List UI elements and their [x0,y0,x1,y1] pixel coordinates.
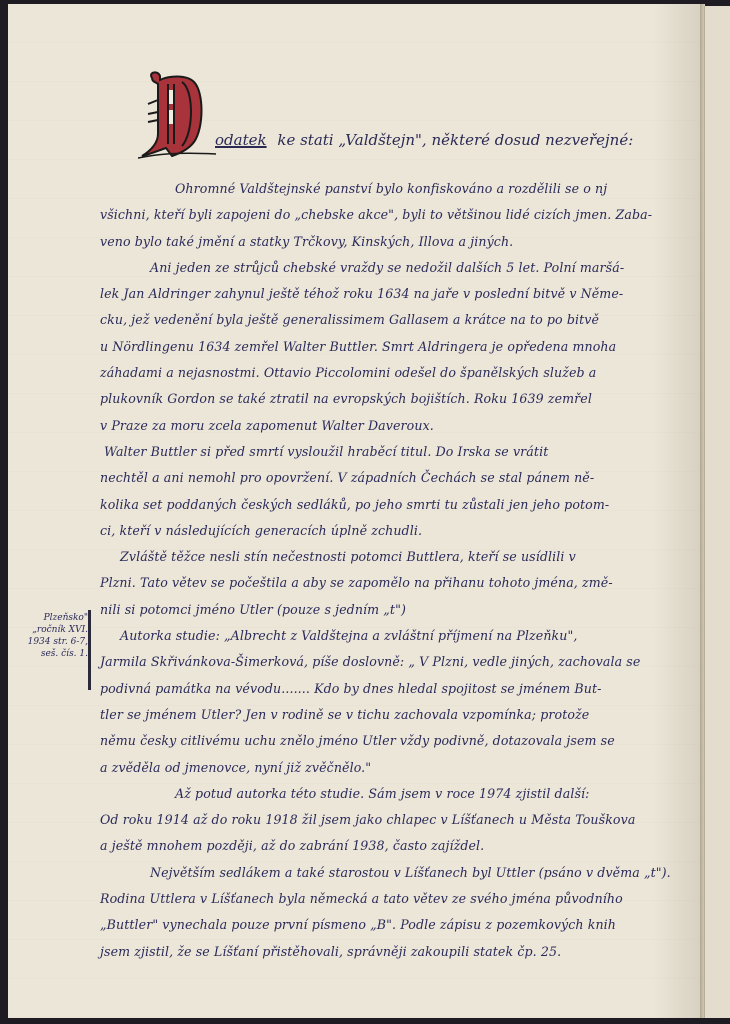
text-line: jsem zjistil, že se Líšťaní přistěhovali… [100,939,650,965]
text-line: v Praze za moru zcela zapomenut Walter D… [100,413,650,439]
next-page-edge [704,6,730,1018]
document-title: odatek ke stati „Valdštejn", některé dos… [215,131,635,149]
text-line: a ještě mnohem později, až do zabrání 19… [100,833,650,859]
margin-note-line: 1934 str. 6-7, [26,636,88,648]
text-line: záhadami a nejasnostmi. Ottavio Piccolom… [100,360,650,386]
text-line: Od roku 1914 až do roku 1918 žil jsem ja… [100,807,650,833]
margin-note-line: seš. čís. 1. [26,648,88,660]
text-line: nili si potomci jméno Utler (pouze s jed… [100,597,650,623]
text-line: nechtěl a ani nemohl pro opovržení. V zá… [100,465,650,491]
title-rest: ke stati „Valdštejn", některé dosud nezv… [277,131,633,149]
text-line: Rodina Uttlera v Líšťanech byla německá … [100,886,650,912]
text-line: Největším sedlákem a také starostou v Lí… [100,860,650,886]
illuminated-initial-d-icon [138,70,216,160]
text-line: Jarmila Skřivánkova-Šimerková, píše dosl… [100,649,650,675]
text-line: Ani jeden ze strůjců chebské vraždy se n… [100,255,650,281]
text-line: podivná památka na vévodu....... Kdo by … [100,676,650,702]
text-line: veno bylo také jmění a statky Trčkovy, K… [100,229,650,255]
text-line: Až potud autorka této studie. Sám jsem v… [100,781,650,807]
text-line: a zvěděla od jmenovce, nyní již zvěčnělo… [100,755,650,781]
text-line: Autorka studie: „Albrecht z Valdštejna a… [100,623,650,649]
text-line: němu česky citlivému uchu znělo jméno Ut… [100,728,650,754]
text-line: Zvláště těžce nesli stín nečestnosti pot… [100,544,650,570]
text-line: cku, jež vedenění byla ještě generalissi… [100,307,650,333]
text-line: Ohromné Valdštejnské panství bylo konfis… [100,176,650,202]
margin-vertical-bar [88,610,91,690]
text-line: Plzni. Tato větev se počeštila a aby se … [100,570,650,596]
text-line: plukovník Gordon se také ztratil na evro… [100,386,650,412]
margin-note-line: „ročník XVI. [26,624,88,636]
margin-note-line: Plzeňsko" [26,612,88,624]
text-line: „Buttler" vynechala pouze první písmeno … [100,912,650,938]
text-line: Walter Buttler si před smrtí vysloužil h… [100,439,650,465]
text-line: všichni, kteří byli zapojeni do „chebske… [100,202,650,228]
document-body: Ohromné Valdštejnské panství bylo konfis… [100,176,650,965]
margin-citation-note: Plzeňsko" „ročník XVI. 1934 str. 6-7, se… [26,612,88,660]
text-line: ci, kteří v následujících generacích úpl… [100,518,650,544]
text-line: kolika set poddaných českých sedláků, po… [100,492,650,518]
text-line: u Nördlingenu 1634 zemřel Walter Buttler… [100,334,650,360]
title-first-word: odatek [215,131,267,149]
text-line: tler se jménem Utler? Jen v rodině se v … [100,702,650,728]
text-line: lek Jan Aldringer zahynul ještě téhož ro… [100,281,650,307]
